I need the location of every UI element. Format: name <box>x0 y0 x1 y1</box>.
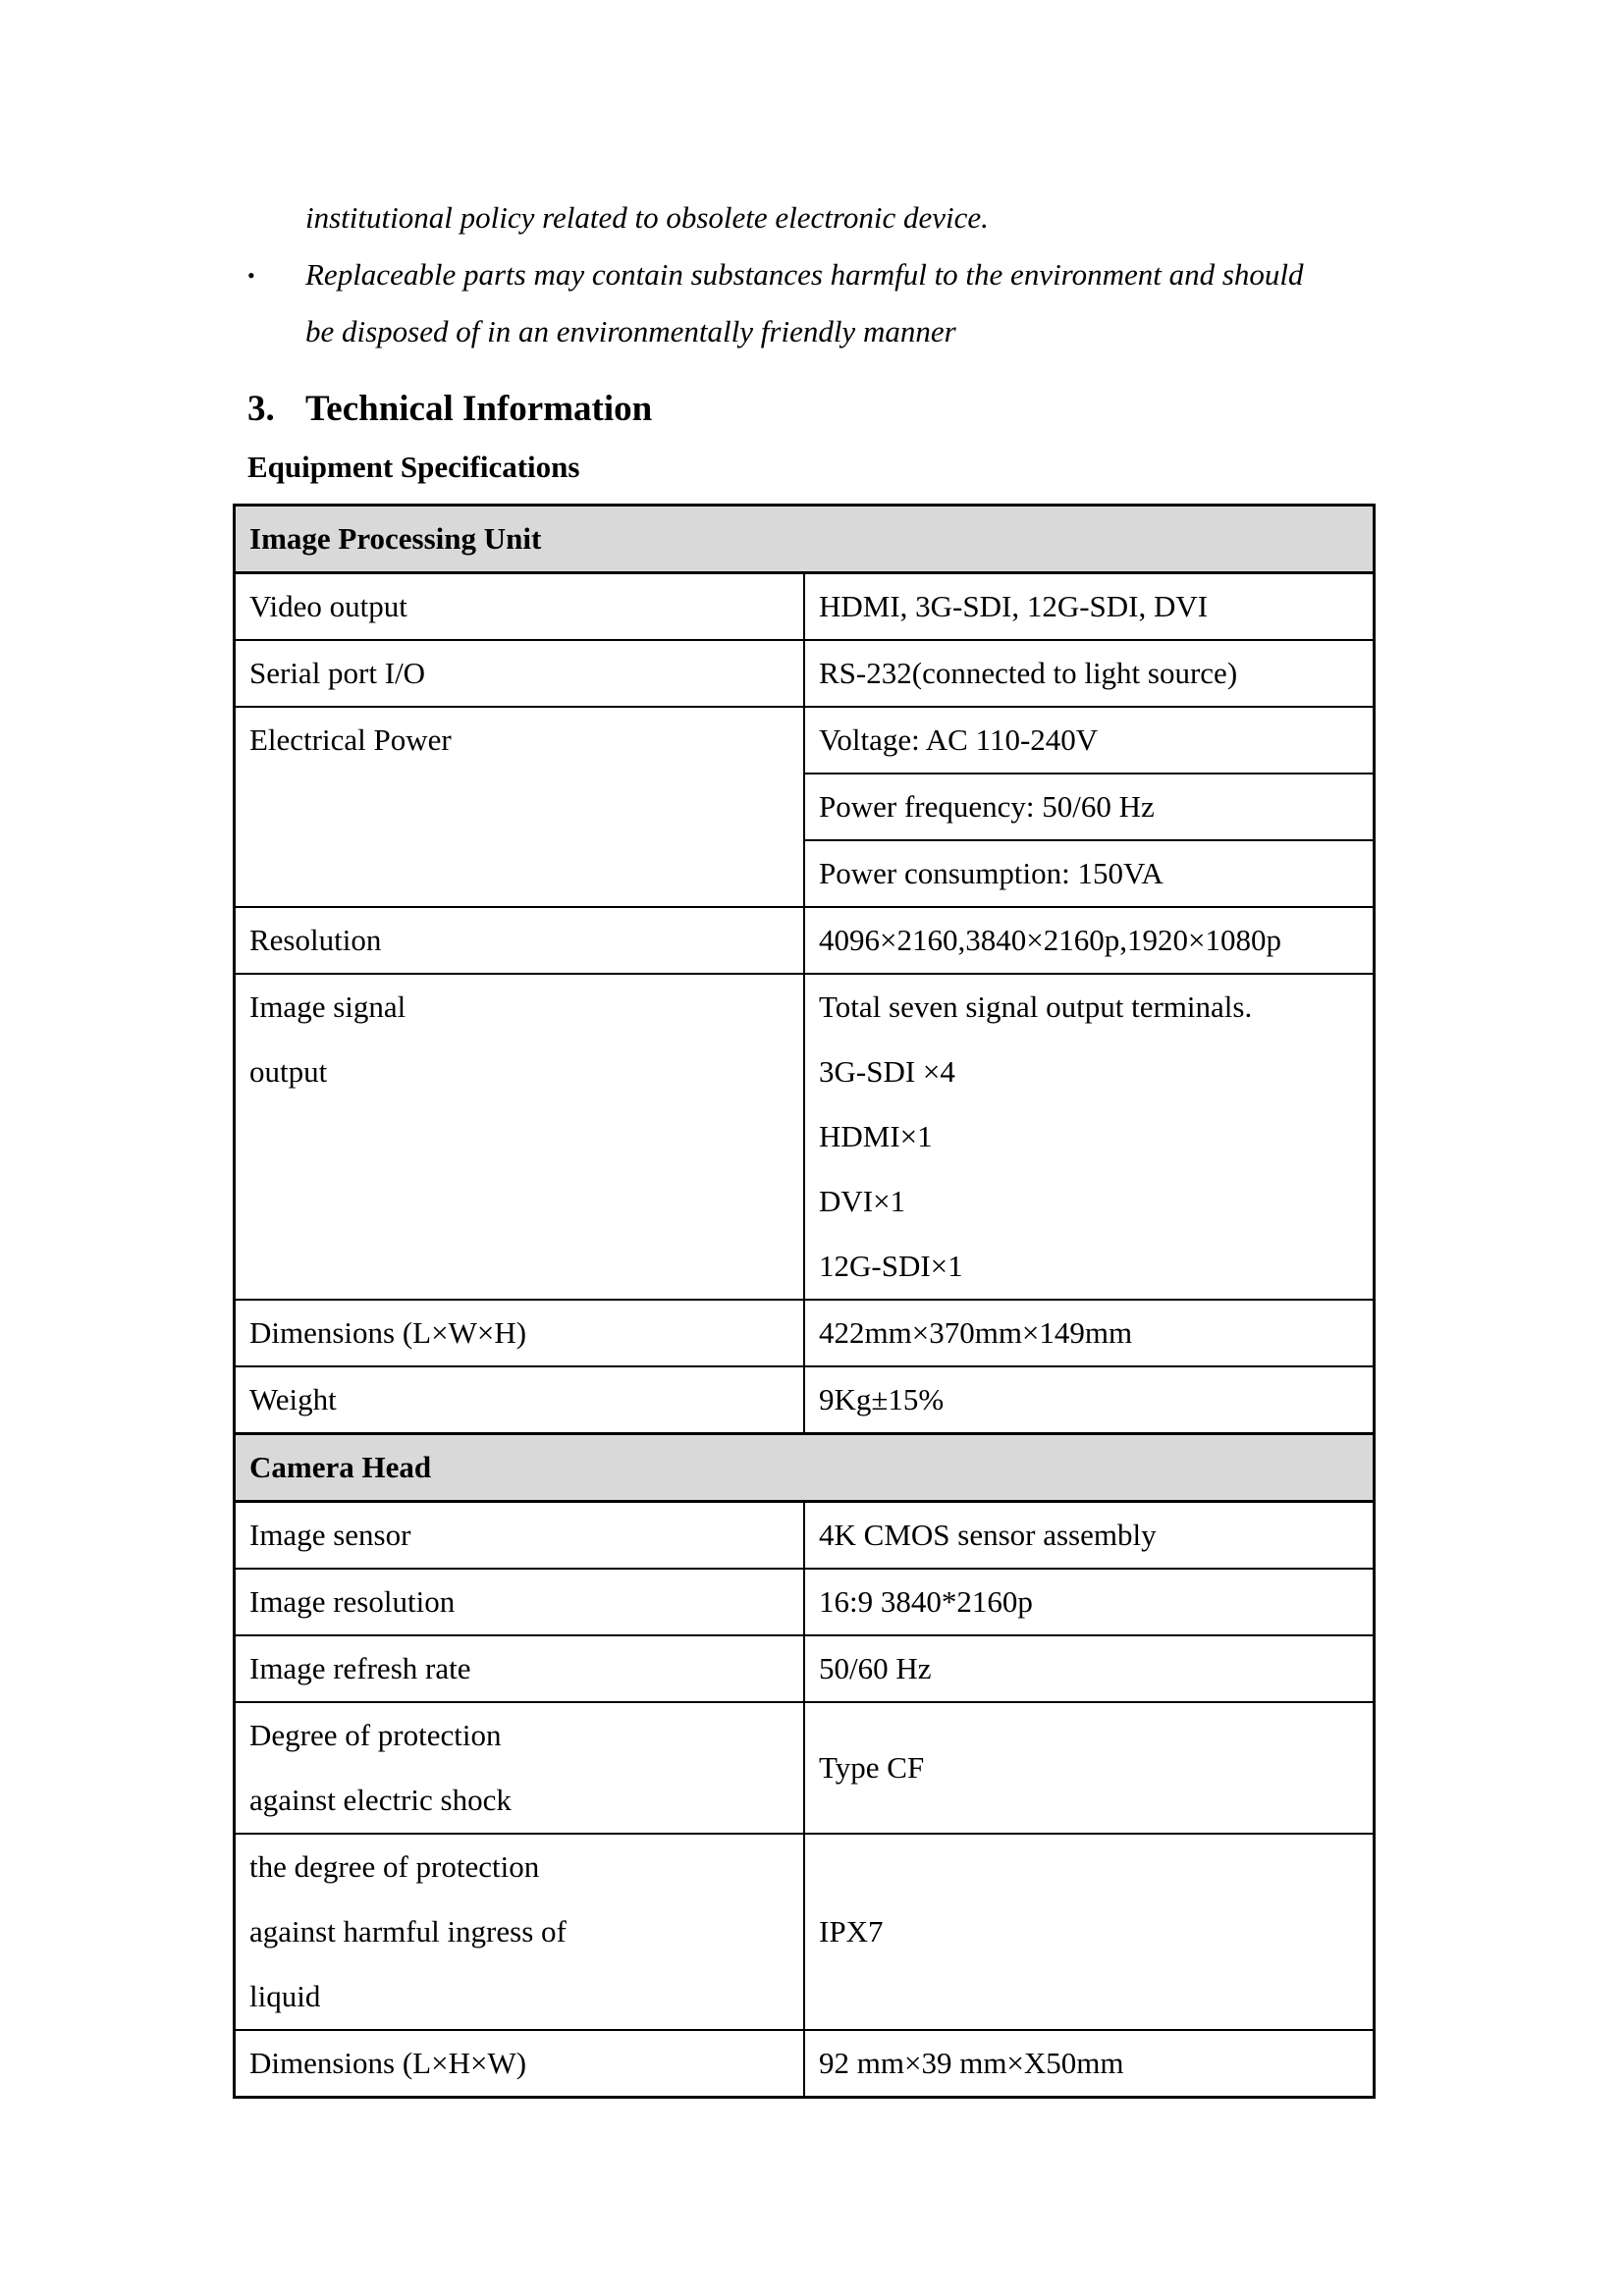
row-value: Total seven signal output terminals. 3G-… <box>804 974 1375 1300</box>
value-line: 12G-SDI×1 <box>819 1234 1359 1299</box>
table-row: Electrical Power Voltage: AC 110-240V <box>235 707 1375 774</box>
label-line: against electric shock <box>249 1768 789 1833</box>
label-line: output <box>249 1040 789 1104</box>
section-subtitle: Equipment Specifications <box>247 446 579 489</box>
row-label: Dimensions (L×H×W) <box>235 2030 805 2098</box>
label-line: liquid <box>249 1964 789 2029</box>
row-label: Image signal output <box>235 974 805 1300</box>
row-value: Type CF <box>804 1702 1375 1834</box>
table-row: Resolution 4096×2160,3840×2160p,1920×108… <box>235 907 1375 974</box>
table-row: Video output HDMI, 3G-SDI, 12G-SDI, DVI <box>235 573 1375 641</box>
ipu-header: Image Processing Unit <box>235 506 1375 573</box>
row-label: Image sensor <box>235 1502 805 1570</box>
row-value: HDMI, 3G-SDI, 12G-SDI, DVI <box>804 573 1375 641</box>
row-value: 92 mm×39 mm×X50mm <box>804 2030 1375 2098</box>
row-label: Electrical Power <box>235 707 805 907</box>
value-line: Total seven signal output terminals. <box>819 975 1359 1040</box>
row-label: Dimensions (L×W×H) <box>235 1300 805 1366</box>
table-row: Image sensor 4K CMOS sensor assembly <box>235 1502 1375 1570</box>
table-row: Serial port I/O RS-232(connected to ligh… <box>235 640 1375 707</box>
equipment-spec-table: Image Processing Unit Video output HDMI,… <box>233 504 1376 2099</box>
row-value: 4096×2160,3840×2160p,1920×1080p <box>804 907 1375 974</box>
row-value: 422mm×370mm×149mm <box>804 1300 1375 1366</box>
table-row: the degree of protection against harmful… <box>235 1834 1375 2030</box>
label-line: the degree of protection <box>249 1835 789 1899</box>
table-row: Image refresh rate 50/60 Hz <box>235 1635 1375 1702</box>
row-value: 4K CMOS sensor assembly <box>804 1502 1375 1570</box>
row-label: Degree of protection against electric sh… <box>235 1702 805 1834</box>
table-row: Degree of protection against electric sh… <box>235 1702 1375 1834</box>
row-value: Power frequency: 50/60 Hz <box>804 774 1375 840</box>
row-value: Voltage: AC 110-240V <box>804 707 1375 774</box>
table-row: Image resolution 16:9 3840*2160p <box>235 1569 1375 1635</box>
table-row: Dimensions (L×W×H) 422mm×370mm×149mm <box>235 1300 1375 1366</box>
table-row: Image signal output Total seven signal o… <box>235 974 1375 1300</box>
row-value: 50/60 Hz <box>804 1635 1375 1702</box>
row-label: Video output <box>235 573 805 641</box>
row-label: Image refresh rate <box>235 1635 805 1702</box>
value-line: DVI×1 <box>819 1169 1359 1234</box>
row-value: IPX7 <box>804 1834 1375 2030</box>
row-value: Power consumption: 150VA <box>804 840 1375 907</box>
row-value: RS-232(connected to light source) <box>804 640 1375 707</box>
bullet-icon: • <box>247 263 255 289</box>
section-title: Technical Information <box>305 389 652 429</box>
section-heading: 3.Technical Information <box>247 385 652 434</box>
row-label: the degree of protection against harmful… <box>235 1834 805 2030</box>
table-section-header: Camera Head <box>235 1434 1375 1502</box>
row-label: Weight <box>235 1366 805 1434</box>
label-line: against harmful ingress of <box>249 1899 789 1964</box>
label-line: Image signal <box>249 975 789 1040</box>
section-number: 3. <box>247 385 305 434</box>
row-label: Resolution <box>235 907 805 974</box>
row-label: Image resolution <box>235 1569 805 1635</box>
label-line: Degree of protection <box>249 1703 789 1768</box>
row-value: 16:9 3840*2160p <box>804 1569 1375 1635</box>
value-line: HDMI×1 <box>819 1104 1359 1169</box>
value-line: 3G-SDI ×4 <box>819 1040 1359 1104</box>
camera-header: Camera Head <box>235 1434 1375 1502</box>
bullet-line-2: be disposed of in an environmentally fri… <box>305 303 956 360</box>
row-value: 9Kg±15% <box>804 1366 1375 1434</box>
bullet-line-1: Replaceable parts may contain substances… <box>305 246 1304 303</box>
row-label: Serial port I/O <box>235 640 805 707</box>
table-row: Dimensions (L×H×W) 92 mm×39 mm×X50mm <box>235 2030 1375 2098</box>
table-section-header: Image Processing Unit <box>235 506 1375 573</box>
table-row: Weight 9Kg±15% <box>235 1366 1375 1434</box>
intro-continued-line: institutional policy related to obsolete… <box>305 189 989 246</box>
